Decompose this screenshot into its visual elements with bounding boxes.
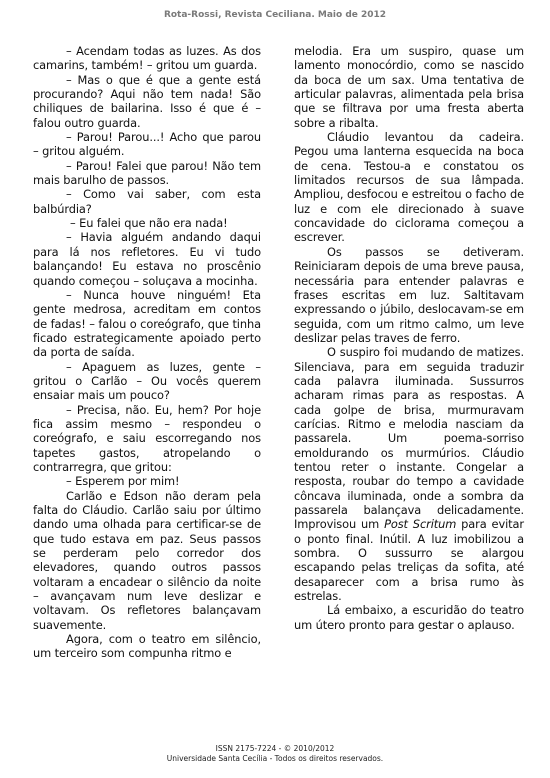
paragraph: – Havia alguém andando daqui para lá nos… — [33, 230, 261, 287]
paragraph: Agora, com o teatro em silêncio, um terc… — [33, 632, 261, 661]
paragraph: – Mas o que é que a gente está procurand… — [33, 73, 261, 130]
paragraph: – Apaguem as luzes, gente – gritou o Car… — [33, 360, 261, 403]
paragraph: melodia. Era um suspiro, quase um lament… — [294, 44, 524, 130]
paragraph: – Parou! Parou...! Acho que parou – grit… — [33, 130, 261, 159]
page-footer: ISSN 2175-7224 - © 2010/2012 Universidad… — [0, 744, 550, 764]
paragraph: O suspiro foi mudando de matizes. Silenc… — [294, 345, 524, 603]
paragraph: – Nunca houve ninguém! Eta gente medrosa… — [33, 288, 261, 360]
paragraph: – Precisa, não. Eu, hem? Por hoje fica a… — [33, 403, 261, 475]
paragraph: – Eu falei que não era nada! — [33, 216, 261, 230]
paragraph: Os passos se detiveram. Reiniciaram depo… — [294, 245, 524, 345]
paragraph: – Esperem por mim! — [33, 474, 261, 488]
paragraph: – Acendam todas as luzes. As dos camarin… — [33, 44, 261, 73]
issn-line: ISSN 2175-7224 - © 2010/2012 — [0, 744, 550, 754]
italic-term: Post Scritum — [384, 517, 456, 531]
paragraph: Carlão e Edson não deram pela falta do C… — [33, 489, 261, 632]
paragraph: Lá embaixo, a escuridão do teatro um úte… — [294, 603, 524, 632]
right-text-column: melodia. Era um suspiro, quase um lament… — [294, 44, 524, 632]
running-header: Rota-Rossi, Revista Ceciliana. Maio de 2… — [0, 10, 550, 20]
paragraph: – Como vai saber, com esta balbúrdia? — [33, 187, 261, 216]
text-run: O suspiro foi mudando de matizes. Silenc… — [294, 345, 524, 531]
left-text-column: – Acendam todas as luzes. As dos camarin… — [33, 44, 261, 661]
paragraph: Cláudio levantou da cadeira. Pegou uma l… — [294, 130, 524, 245]
rights-line: Universidade Santa Cecília - Todos os di… — [0, 754, 550, 764]
paragraph: – Parou! Falei que parou! Não tem mais b… — [33, 159, 261, 188]
